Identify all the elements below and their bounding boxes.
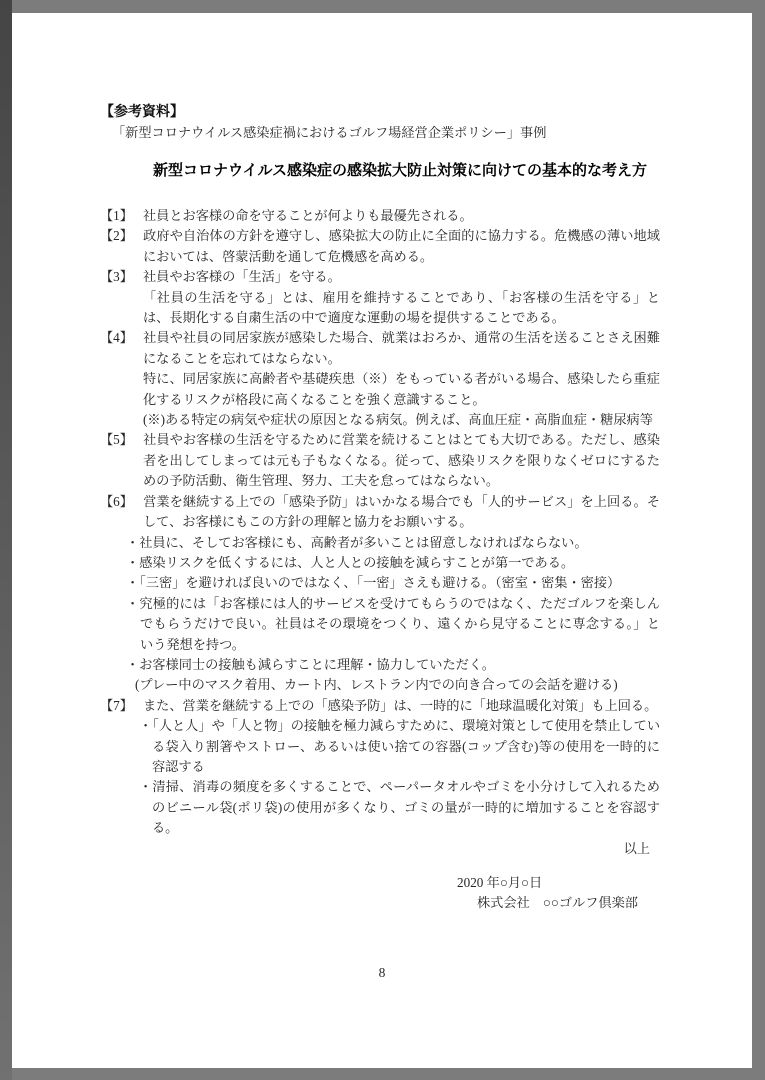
item-7: 【7】また、営業を継続する上での「感染予防」は、一時的に「地球温暖化対策」も上回…	[100, 696, 660, 716]
bullet-marker: ・	[126, 535, 139, 550]
bullet-text: 究極的には「お客様には人的サービスを受けてもらうのではなく、ただゴルフを楽しんで…	[139, 596, 660, 652]
bullet-text: 「人と人」や「人と物」の接触を極力減らすために、環境対策として使用を禁止している…	[152, 718, 660, 774]
item-number: 【7】	[100, 696, 143, 716]
document-body: 【1】社員とお客様の命を守ることが何よりも最優先される。 【2】政府や自治体の方…	[100, 206, 660, 859]
bullet-marker: ・	[126, 575, 139, 590]
item-4-note-2: (※)ある特定の病気や症状の原因となる病気。例えば、高血圧症・高脂血症・糖尿病等	[100, 410, 660, 430]
item-number: 【2】	[100, 226, 143, 246]
bullet-text: 清掃、消毒の頻度を多くすることで、ペーパータオルやゴミを小分けして入れるためのビ…	[152, 779, 660, 835]
item-number: 【1】	[100, 206, 143, 226]
item-5: 【5】社員やお客様の生活を守るために営業を続けることはとても大切である。ただし、…	[100, 430, 660, 491]
frame-left-edge	[0, 0, 12, 1080]
bullet-item: ・「三密」を避ければ良いのではなく、「一密」さえも避ける。（密室・密集・密接）	[100, 573, 660, 593]
bullet-item: ・社員に、そしてお客様にも、高齢者が多いことは留意しなければならない。	[100, 533, 660, 553]
item-text: 社員とお客様の命を守ることが何よりも最優先される。	[143, 208, 473, 223]
bullet-marker: ・	[126, 555, 139, 570]
page-number: 8	[12, 963, 752, 983]
item-2: 【2】政府や自治体の方針を遵守し、感染拡大の防止に全面的に協力する。危機感の薄い…	[100, 226, 660, 267]
bullet-note: (プレー中のマスク着用、カート内、レストラン内での向き合っての会話を避ける)	[100, 675, 660, 695]
bullet-item: ・お客様同士の接触も減らすことに理解・協力していただく。	[100, 655, 660, 675]
bullet-text: 感染リスクを低くするには、人と人との接触を減らすことが第一である。	[139, 555, 574, 570]
item-text: 政府や自治体の方針を遵守し、感染拡大の防止に全面的に協力する。危機感の薄い地域に…	[143, 228, 660, 263]
bullet-marker: ・	[139, 779, 152, 794]
item-text: 営業を継続する上での「感染予防」はいかなる場合でも「人的サービス」を上回る。そし…	[143, 494, 660, 529]
page-content: 【参考資料】 「新型コロナウイルス感染症禍におけるゴルフ場経営企業ポリシー」事例…	[100, 101, 660, 914]
signature-block: 2020 年○月○日 株式会社 ○○ゴルフ倶楽部	[100, 873, 660, 914]
reference-label: 【参考資料】	[100, 101, 660, 122]
item-text: 社員やお客様の「生活」を守る。	[143, 269, 341, 284]
item-3: 【3】社員やお客様の「生活」を守る。	[100, 267, 660, 287]
item-6: 【6】営業を継続する上での「感染予防」はいかなる場合でも「人的サービス」を上回る…	[100, 492, 660, 533]
item-number: 【3】	[100, 267, 143, 287]
document-title: 新型コロナウイルス感染症の感染拡大防止対策に向けての基本的な考え方	[100, 160, 660, 182]
bullet-item: ・究極的には「お客様には人的サービスを受けてもらうのではなく、ただゴルフを楽しん…	[100, 594, 660, 655]
bullet-item: ・清掃、消毒の頻度を多くすることで、ペーパータオルやゴミを小分けして入れるための…	[100, 777, 660, 838]
item-number: 【6】	[100, 492, 143, 512]
item-number: 【5】	[100, 430, 143, 450]
item-text: また、営業を継続する上での「感染予防」は、一時的に「地球温暖化対策」も上回る。	[143, 698, 657, 713]
signature-company: 株式会社 ○○ゴルフ倶楽部	[100, 893, 660, 913]
bullet-item: ・感染リスクを低くするには、人と人との接触を減らすことが第一である。	[100, 553, 660, 573]
bullet-text: 社員に、そしてお客様にも、高齢者が多いことは留意しなければならない。	[139, 535, 587, 550]
item-3-note: 「社員の生活を守る」とは、雇用を維持することであり、「お客様の生活を守る」とは、…	[100, 288, 660, 329]
item-1: 【1】社員とお客様の命を守ることが何よりも最優先される。	[100, 206, 660, 226]
bullet-item: ・「人と人」や「人と物」の接触を極力減らすために、環境対策として使用を禁止してい…	[100, 716, 660, 777]
item-4-note-1: 特に、同居家族に高齢者や基礎疾患（※）をもっている者がいる場合、感染したら重症化…	[100, 369, 660, 410]
document-page: 【参考資料】 「新型コロナウイルス感染症禍におけるゴルフ場経営企業ポリシー」事例…	[12, 13, 752, 1068]
signature-date: 2020 年○月○日	[100, 873, 660, 893]
item-text: 社員やお客様の生活を守るために営業を続けることはとても大切である。ただし、感染者…	[143, 432, 660, 488]
item-text: 社員や社員の同居家族が感染した場合、就業はおろか、通常の生活を送ることさえ困難に…	[143, 330, 660, 365]
bullet-marker: ・	[126, 596, 139, 611]
bullet-text: お客様同士の接触も減らすことに理解・協力していただく。	[139, 657, 495, 672]
item-4: 【4】社員や社員の同居家族が感染した場合、就業はおろか、通常の生活を送ることさえ…	[100, 328, 660, 369]
bullet-text: 「三密」を避ければ良いのではなく、「一密」さえも避ける。（密室・密集・密接）	[139, 575, 620, 590]
case-example-line: 「新型コロナウイルス感染症禍におけるゴルフ場経営企業ポリシー」事例	[100, 122, 660, 143]
bullet-marker: ・	[126, 657, 139, 672]
item-number: 【4】	[100, 328, 143, 348]
closing-ijou: 以上	[100, 839, 660, 859]
bullet-marker: ・	[139, 718, 152, 733]
